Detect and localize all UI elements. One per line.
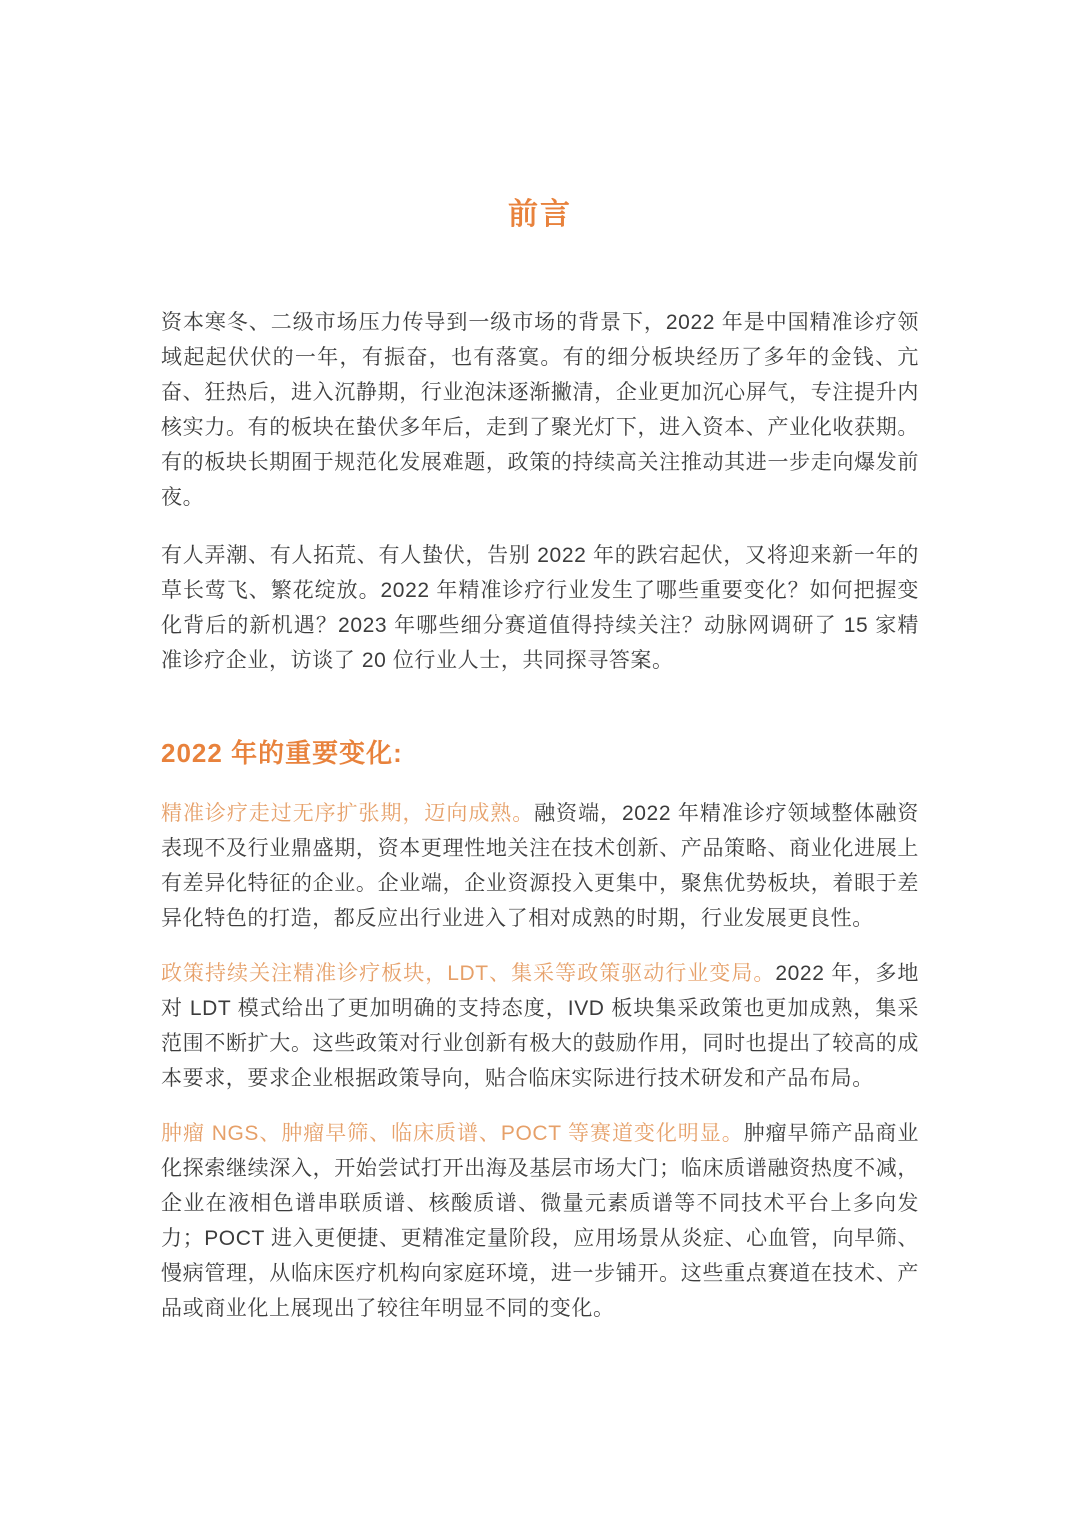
- intro-paragraph-1: 资本寒冬、二级市场压力传导到一级市场的背景下，2022 年是中国精准诊疗领域起起…: [161, 305, 919, 515]
- change-lead-1: 精准诊疗走过无序扩张期，迈向成熟。: [161, 802, 534, 825]
- change-paragraph-1: 精准诊疗走过无序扩张期，迈向成熟。融资端，2022 年精准诊疗领域整体融资表现不…: [161, 796, 919, 936]
- change-lead-3: 肿瘤 NGS、肿瘤早筛、临床质谱、POCT 等赛道变化明显。: [161, 1122, 744, 1145]
- section-heading-2022-changes: 2022 年的重要变化:: [161, 736, 919, 771]
- change-lead-2: 政策持续关注精准诊疗板块，LDT、集采等政策驱动行业变局。: [161, 962, 775, 985]
- change-paragraph-3: 肿瘤 NGS、肿瘤早筛、临床质谱、POCT 等赛道变化明显。肿瘤早筛产品商业化探…: [161, 1116, 919, 1326]
- document-page: 前言 资本寒冬、二级市场压力传导到一级市场的背景下，2022 年是中国精准诊疗领…: [0, 0, 1080, 1527]
- intro-paragraph-2: 有人弄潮、有人拓荒、有人蛰伏，告别 2022 年的跌宕起伏，又将迎来新一年的草长…: [161, 538, 919, 678]
- page-title: 前言: [161, 0, 919, 234]
- change-body-3: 肿瘤早筛产品商业化探索继续深入，开始尝试打开出海及基层市场大门；临床质谱融资热度…: [161, 1122, 919, 1320]
- change-paragraph-2: 政策持续关注精准诊疗板块，LDT、集采等政策驱动行业变局。2022 年，多地对 …: [161, 956, 919, 1096]
